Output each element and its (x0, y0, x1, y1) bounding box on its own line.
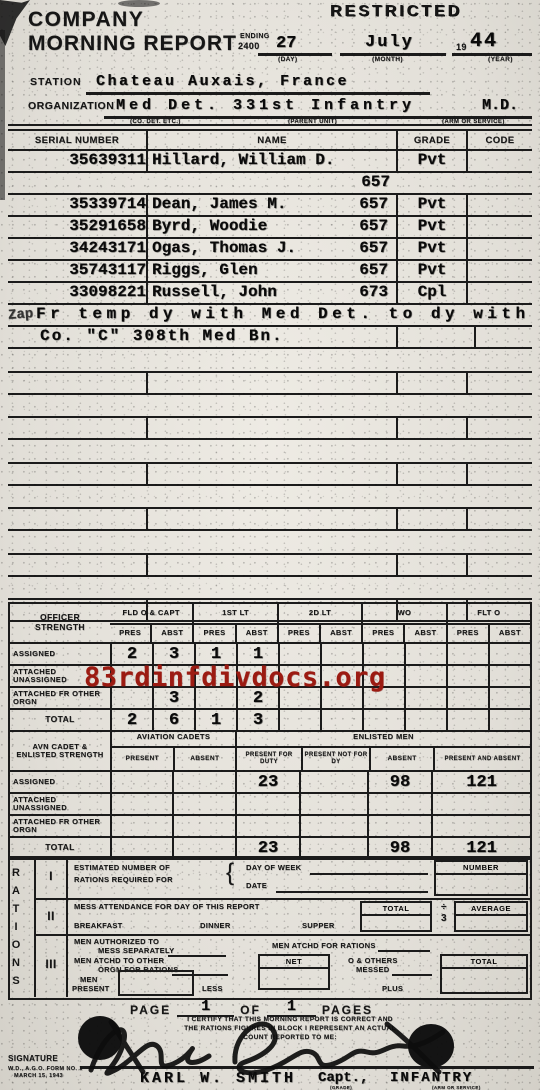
pres-header: PRES (446, 625, 488, 642)
strength-cell (488, 710, 530, 730)
ending-label: ENDING (240, 33, 270, 41)
divide-sign: ÷ 3 (438, 902, 450, 924)
strength-cell: 2 (110, 710, 152, 730)
empty-row (8, 440, 532, 464)
serial-cell: 35639311 (8, 151, 148, 171)
empty-row (8, 577, 532, 601)
name-text: Riggs, Glen (152, 261, 258, 281)
serial-cell: 35291658 (8, 217, 148, 237)
less-label: LESS (202, 985, 223, 994)
strength-cell (431, 816, 530, 836)
roster-row-continuation: 657 (8, 173, 532, 195)
mess-total-box: TOTAL (360, 901, 432, 932)
serial-cell (8, 173, 148, 193)
strength-cell: 2 (110, 644, 152, 664)
dinner-label: DINNER (200, 922, 231, 931)
roster-row: 35339714 Dean, James M.657 Pvt (8, 195, 532, 217)
strength-cell (235, 816, 299, 836)
strength-cell (446, 710, 488, 730)
strength-cell: 98 (367, 838, 431, 858)
roster-row: 33098221 Russell, John673 Cpl (8, 283, 532, 305)
empty-row (8, 555, 532, 577)
code-cell (468, 217, 532, 237)
row-total: TOTAL (10, 710, 110, 730)
year-value: 44 (470, 30, 498, 53)
strength-cell (362, 644, 404, 664)
abst-header: ABST (403, 625, 445, 642)
supper-label: SUPPER (302, 922, 335, 931)
group-enlisted-men: ENLISTED MEN (237, 732, 530, 746)
serial-cell: 34243171 (8, 239, 148, 259)
serial-cell: 35743117 (8, 261, 148, 281)
strength-cell (362, 710, 404, 730)
strength-cell (172, 794, 235, 814)
number-box: NUMBER (434, 860, 528, 896)
men-authorized-line2: MESS SEPARATELY (98, 947, 174, 956)
strength-cell: 23 (235, 772, 299, 792)
strength-cell (320, 644, 362, 664)
strength-cell (110, 794, 172, 814)
net-box: NET (258, 954, 330, 990)
strength-cell (446, 644, 488, 664)
divide-by-value: 3 (438, 913, 450, 924)
estimated-rations-line2: RATIONS REQUIRED FOR (74, 876, 173, 885)
watermark: 83rdinfdivdocs.org (84, 662, 386, 693)
name-text: Dean, James M. (152, 195, 286, 215)
name-text: Hillard, William D. (152, 151, 334, 171)
strength-cell (299, 838, 367, 858)
group-fldo-capt: FLD O & CAPT (110, 604, 192, 623)
strength-cell (488, 666, 530, 686)
signature-label: SIGNATURE (8, 1055, 58, 1064)
row-assigned: ASSIGNED (10, 644, 110, 664)
name-cell: Russell, John673 (148, 283, 398, 303)
mess-average-box: AVERAGE (454, 901, 528, 932)
form-id-line2: MARCH 15, 1943 (14, 1073, 63, 1079)
dept-text: 657 (359, 217, 388, 237)
organization-service: M.D. (482, 97, 518, 114)
name-text: Byrd, Woodie (152, 217, 267, 237)
day-sublabel: (DAY) (278, 56, 297, 63)
restricted-stamp: RESTRICTED (330, 3, 462, 21)
pres-header: PRES (192, 625, 234, 642)
grade-cell: Pvt (398, 151, 468, 171)
men-present-line2: PRESENT (72, 985, 110, 994)
organization-value: Med Det. 331st Infantry (116, 97, 415, 114)
code-cell (468, 261, 532, 281)
day-of-week-label: DAY OF WEEK (246, 864, 301, 873)
strength-cell (446, 666, 488, 686)
signature-scrawl (85, 1008, 455, 1088)
strength-cell: 121 (431, 772, 530, 792)
dept-text: 657 (359, 239, 388, 259)
strength-cell: 98 (367, 772, 431, 792)
name-text: Russell, John (152, 283, 277, 303)
pres-header: PRES (277, 625, 319, 642)
code-cell (468, 283, 532, 303)
em-present-and-absent-header: PRESENT AND ABSENT (433, 748, 530, 770)
serial-cell: 35339714 (8, 195, 148, 215)
code-cell (468, 195, 532, 215)
strength-cell: 1 (236, 644, 278, 664)
organization-label: ORGANIZATION (28, 101, 114, 113)
dept-text: 657 (359, 195, 388, 215)
remark-text: Co. "C" 308th Med Bn. (40, 327, 284, 345)
row-attached-fr-other: ATTACHED FR OTHER ORGN (10, 816, 110, 836)
abst-header: ABST (488, 625, 530, 642)
others-messed-line2: MESSED (356, 966, 389, 975)
strength-cell: 1 (194, 644, 236, 664)
date-label: DATE (246, 882, 267, 891)
pres-header: PRES (361, 625, 403, 642)
station-blank-line (86, 92, 430, 95)
group-1st-lt: 1ST LT (192, 604, 276, 623)
name-cell: Riggs, Glen657 (148, 261, 398, 281)
group-aviation-cadets: AVIATION CADETS (112, 732, 235, 746)
strength-cell (278, 644, 320, 664)
form-title-line2: MORNING REPORT (28, 32, 237, 56)
ink-bleed-mark: Zap (7, 306, 33, 324)
strength-cell (172, 772, 235, 792)
empty-row (8, 486, 532, 510)
number-box-label: NUMBER (436, 862, 526, 875)
group-flt-o: FLT O (446, 604, 530, 623)
strength-cell (299, 816, 367, 836)
col-grade: GRADE (398, 131, 468, 149)
remark-cell: Co. "C" 308th Med Bn. (8, 327, 398, 347)
rations-numeral-1: I (40, 870, 62, 883)
row-total: TOTAL (10, 838, 110, 858)
col-code: CODE (468, 131, 532, 149)
group-2d-lt: 2D LT (277, 604, 361, 623)
strength-cell (320, 710, 362, 730)
strength-cell (404, 710, 446, 730)
empty-row (8, 464, 532, 486)
mess-average-label: AVERAGE (456, 903, 526, 916)
enlisted-strength-table: AVN CADET & ENLISTED STRENGTH AVIATION C… (8, 730, 532, 860)
divide-symbol: ÷ (438, 902, 450, 913)
form-title-line1: COMPANY (28, 8, 144, 32)
rations-numeral-2: II (40, 910, 62, 923)
men-present-box (118, 970, 194, 996)
grade-cell: Pvt (398, 239, 468, 259)
em-present-not-for-dy-header: PRESENT NOT FOR DY (301, 748, 369, 770)
month-value: July (365, 33, 414, 52)
col-serial-number: SERIAL NUMBER (8, 131, 148, 149)
form-id-line1: W.D., A.G.O. FORM NO. 1 (8, 1066, 83, 1072)
roster-top-rule (8, 124, 532, 126)
ending-time: 2400 (238, 41, 260, 51)
em-present-for-duty-header: PRESENT FOR DUTY (237, 748, 301, 770)
brace: { (226, 860, 234, 887)
roster-header-row: SERIAL NUMBER NAME GRADE CODE (8, 129, 532, 151)
men-atchd-for-rations-label: MEN ATCHD FOR RATIONS (272, 942, 376, 951)
strength-cell (404, 644, 446, 664)
strength-cell (299, 772, 367, 792)
strength-cell (367, 816, 431, 836)
net-box-label: NET (260, 956, 328, 969)
strength-cell (172, 838, 235, 858)
remark-row: Zap Fr temp dy with Med Det. to dy with (8, 305, 532, 327)
grade-cell (398, 173, 468, 193)
strength-cell: 3 (152, 644, 194, 664)
station-label: STATION (30, 77, 82, 89)
strength-cell (404, 666, 446, 686)
empty-row (8, 531, 532, 555)
strength-cell: 23 (235, 838, 299, 858)
empty-row (8, 349, 532, 373)
name-text: Ogas, Thomas J. (152, 239, 296, 259)
scan-artifact-edge (0, 30, 5, 200)
rations-section: RATIONS I II III ESTIMATED NUMBER OF RAT… (8, 856, 532, 1000)
abst-header: ABST (150, 625, 192, 642)
empty-row (8, 509, 532, 531)
rations-total-label: TOTAL (442, 956, 526, 969)
strength-cell (172, 816, 235, 836)
strength-cell (446, 688, 488, 708)
em-absent-header: ABSENT (369, 748, 433, 770)
strength-cell: 121 (431, 838, 530, 858)
abst-header: ABST (319, 625, 361, 642)
breakfast-label: BREAKFAST (74, 922, 123, 931)
strength-cell (404, 688, 446, 708)
roster-row: 35291658 Byrd, Woodie657 Pvt (8, 217, 532, 239)
name-cell: 657 (148, 173, 398, 193)
row-attached-unassigned: ATTACHED UNASSIGNED (10, 794, 110, 814)
code-cell (468, 151, 532, 171)
roster-row: 35639311 Hillard, William D. Pvt (8, 151, 532, 173)
mess-attendance-label: MESS ATTENDANCE FOR DAY OF THIS REPORT (74, 903, 260, 912)
scan-artifact-topmark (118, 0, 160, 7)
enlisted-strength-title: AVN CADET & ENLISTED STRENGTH (10, 732, 110, 770)
grade-cell: Pvt (398, 261, 468, 281)
plus-label: PLUS (382, 985, 403, 994)
grade-cell: Pvt (398, 217, 468, 237)
strength-cell (278, 710, 320, 730)
code-cell (468, 173, 532, 193)
strength-cell (367, 794, 431, 814)
strength-cell (110, 838, 172, 858)
roster-row: 35743117 Riggs, Glen657 Pvt (8, 261, 532, 283)
year-sublabel: (YEAR) (488, 56, 513, 63)
dept-text: 673 (359, 283, 388, 303)
empty-row (8, 395, 532, 419)
remark-text: Fr temp dy with Med Det. to dy with (8, 305, 530, 325)
strength-cell (110, 772, 172, 792)
group-wo: WO (361, 604, 445, 623)
serial-cell: 33098221 (8, 283, 148, 303)
name-cell: Hillard, William D. (148, 151, 398, 171)
name-cell: Ogas, Thomas J.657 (148, 239, 398, 259)
cadets-present-header: PRESENT (112, 748, 173, 770)
strength-cell (431, 794, 530, 814)
row-assigned: ASSIGNED (10, 772, 110, 792)
strength-cell (235, 794, 299, 814)
grade-cell: Cpl (398, 283, 468, 303)
empty-row (8, 373, 532, 395)
strength-cell (488, 644, 530, 664)
name-cell: Dean, James M.657 (148, 195, 398, 215)
strength-cell (299, 794, 367, 814)
dept-text: 657 (361, 173, 390, 193)
rations-side-label: RATIONS (10, 860, 34, 999)
station-value: Chateau Auxais, France (96, 73, 349, 90)
col-name: NAME (148, 131, 398, 149)
code-cell (476, 327, 532, 347)
code-cell (468, 239, 532, 259)
morning-report-document: COMPANY RESTRICTED MORNING REPORT ENDING… (0, 0, 540, 1090)
name-cell: Byrd, Woodie657 (148, 217, 398, 237)
strength-cell: 3 (236, 710, 278, 730)
grade-cell: Pvt (398, 195, 468, 215)
strength-cell (110, 816, 172, 836)
roster-row: 34243171 Ogas, Thomas J.657 Pvt (8, 239, 532, 261)
pres-header: PRES (110, 625, 150, 642)
dept-text: 657 (359, 261, 388, 281)
abst-header: ABST (235, 625, 277, 642)
rations-numeral-3: III (40, 958, 62, 971)
estimated-rations-line1: ESTIMATED NUMBER OF (74, 864, 170, 873)
day-value: 27 (276, 34, 296, 53)
strength-cell (488, 688, 530, 708)
remark-row: Co. "C" 308th Med Bn. (8, 327, 532, 349)
strength-cell: 6 (152, 710, 194, 730)
rations-total-box: TOTAL (440, 954, 528, 994)
mess-total-label: TOTAL (362, 903, 430, 916)
empty-roster-rows (8, 349, 532, 622)
month-sublabel: (MONTH) (372, 56, 403, 63)
officer-strength-title: OFFICER STRENGTH (10, 604, 110, 642)
cadets-absent-header: ABSENT (173, 748, 236, 770)
year-prefix: 19 (456, 42, 467, 52)
grade-cell (398, 327, 476, 347)
strength-cell: 1 (194, 710, 236, 730)
empty-row (8, 418, 532, 440)
